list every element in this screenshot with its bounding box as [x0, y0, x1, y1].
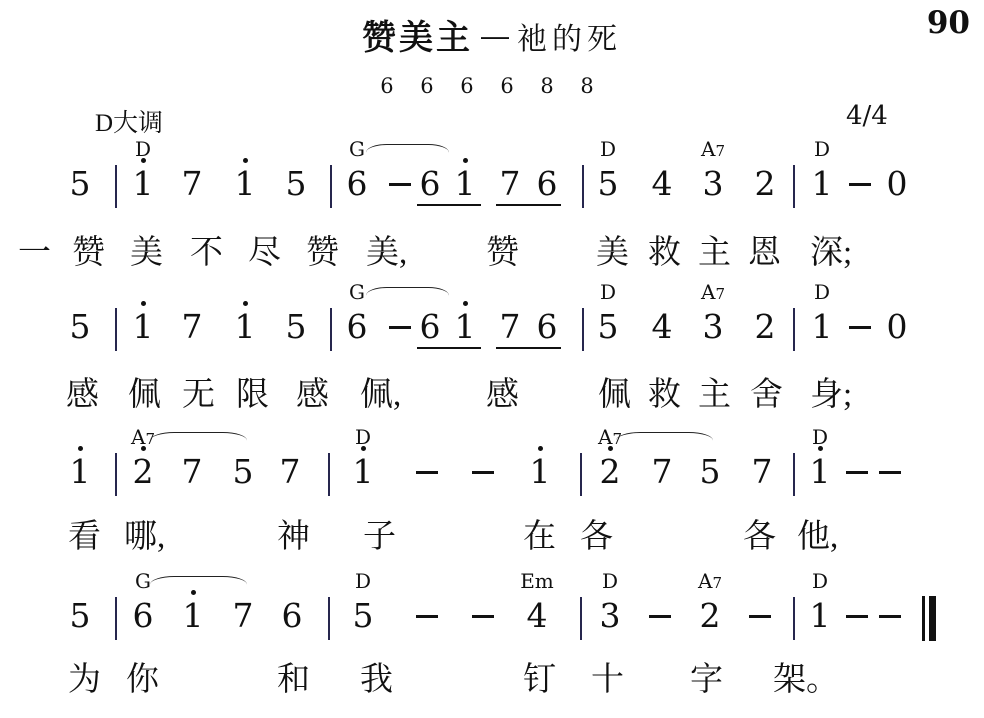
octave-dot — [243, 301, 248, 306]
lyric-char: 赞 — [306, 226, 339, 273]
duration-dash — [472, 471, 494, 474]
note: 1 — [183, 599, 204, 632]
lyric-char: 尽 — [248, 226, 281, 273]
octave-dot — [463, 301, 468, 306]
lyric-char: 佩 — [128, 368, 161, 415]
lyric-char: 神 — [277, 510, 310, 557]
octave-dot — [78, 446, 83, 451]
note: 7 — [500, 310, 521, 343]
lyric-char: 美 — [596, 226, 629, 273]
note: 6 — [420, 167, 441, 200]
note: 4 — [652, 167, 673, 200]
barline — [793, 597, 795, 640]
rest-note: 0 — [887, 167, 908, 200]
slur — [616, 432, 713, 449]
lyric-char: 在 — [523, 510, 556, 557]
lyric-char: 深; — [810, 226, 852, 273]
chord-label: D — [602, 571, 618, 591]
duration-dash — [389, 183, 411, 186]
duration-dash — [879, 471, 901, 474]
barline — [330, 165, 332, 208]
lyric-line: 看哪,神子在各各他, — [0, 510, 984, 556]
eighth-beam — [417, 204, 481, 206]
note: 1 — [235, 310, 256, 343]
note: 6 — [420, 310, 441, 343]
hymn-title-main: 赞美主 — [362, 19, 473, 57]
lyric-char: 看 — [68, 510, 101, 557]
note: 6 — [282, 599, 303, 632]
note: 7 — [182, 455, 203, 488]
lyric-char: 我 — [360, 653, 393, 700]
chord-label: D — [355, 427, 371, 447]
barline — [115, 165, 117, 208]
note: 7 — [233, 599, 254, 632]
lyric-char: 各 — [580, 510, 613, 557]
music-line: 56G1765D4Em3D2A71D — [0, 572, 984, 652]
note: 2A7 — [600, 455, 621, 488]
barline — [328, 453, 330, 496]
note: 5 — [70, 310, 91, 343]
note: 5 — [233, 455, 254, 488]
time-signature: 4/4 — [846, 101, 888, 131]
eighth-beam — [496, 347, 561, 349]
note: 5 — [70, 599, 91, 632]
barline — [580, 453, 582, 496]
slur — [150, 432, 247, 449]
chord-label: G — [349, 282, 365, 302]
lyric-line: 感佩无限感佩,感佩救主舍身; — [0, 368, 984, 414]
barline — [115, 597, 117, 640]
octave-dot — [243, 158, 248, 163]
lyric-char: 佩, — [360, 368, 401, 415]
lyric-char: 一 — [18, 226, 51, 273]
lyric-char: 感 — [486, 368, 519, 415]
lyric-char: 主 — [698, 368, 731, 415]
note: 3A7 — [703, 310, 724, 343]
lyric-char: 子 — [363, 510, 396, 557]
final-barline-thick — [929, 596, 936, 641]
note: 5D — [598, 167, 619, 200]
barline — [330, 308, 332, 351]
note: 1 — [133, 310, 154, 343]
note: 6 — [537, 167, 558, 200]
chord-label: G — [135, 571, 151, 591]
chord-label: A7 — [701, 282, 725, 302]
note: 1 — [530, 455, 551, 488]
lyric-char: 无 — [182, 368, 215, 415]
note: 7 — [182, 167, 203, 200]
barline — [582, 308, 584, 351]
note: 7 — [182, 310, 203, 343]
lyric-char: 救 — [648, 226, 681, 273]
note: 3A7 — [703, 167, 724, 200]
lyric-char: 赞 — [486, 226, 519, 273]
note: 1D — [353, 455, 374, 488]
duration-dash — [472, 615, 494, 618]
note: 7 — [652, 455, 673, 488]
slur — [150, 576, 247, 593]
barline — [328, 597, 330, 640]
note: 6 — [537, 310, 558, 343]
lyric-char: 和 — [277, 653, 310, 700]
duration-dash — [849, 183, 871, 186]
note: 1D — [810, 599, 831, 632]
lyric-char: 不 — [190, 226, 223, 273]
chord-label: D — [814, 282, 830, 302]
lyric-char: 字 — [690, 653, 723, 700]
duration-dash — [879, 615, 901, 618]
note: 1D — [812, 310, 833, 343]
note: 5 — [700, 455, 721, 488]
lyric-char: 赞 — [72, 226, 105, 273]
note: 6G — [347, 310, 368, 343]
octave-dot — [538, 446, 543, 451]
duration-dash — [649, 615, 671, 618]
chord-label: A7 — [701, 139, 725, 159]
chord-label: A7 — [698, 571, 722, 591]
lyric-char: 限 — [236, 368, 269, 415]
lyric-char: 救 — [648, 368, 681, 415]
key-signature: D大调 — [95, 103, 163, 139]
lyric-char: 恩 — [748, 226, 781, 273]
lyric-char: 美, — [366, 226, 407, 273]
note: 5 — [286, 310, 307, 343]
eighth-beam — [496, 204, 561, 206]
barline — [793, 453, 795, 496]
note: 5D — [598, 310, 619, 343]
chord-label: G — [349, 139, 365, 159]
note: 5 — [70, 167, 91, 200]
octave-dot — [141, 301, 146, 306]
lyric-char: 钉 — [523, 653, 556, 700]
note: 4 — [652, 310, 673, 343]
chord-label: D — [600, 282, 616, 302]
note: 7 — [280, 455, 301, 488]
note: 7 — [752, 455, 773, 488]
note: 6G — [133, 599, 154, 632]
hymn-sheet-page: 90 赞美主—祂的死 6 6 6 6 8 8 D大调 4/4 51D7156G6… — [0, 0, 984, 718]
lyric-char: 他, — [797, 510, 838, 557]
rest-note: 0 — [887, 310, 908, 343]
note: 1D — [810, 455, 831, 488]
note: 6G — [347, 167, 368, 200]
lyric-char: 各 — [743, 510, 776, 557]
chord-number: 7 — [715, 142, 725, 160]
lyric-char: 感 — [66, 368, 99, 415]
chord-label: D — [355, 571, 371, 591]
final-barline-thin — [922, 596, 925, 641]
barline — [580, 597, 582, 640]
music-line: 12A77571D12A77571D — [0, 428, 984, 508]
duration-dash — [749, 615, 771, 618]
duration-dash — [416, 615, 438, 618]
lyric-char: 舍 — [750, 368, 783, 415]
note: 2A7 — [133, 455, 154, 488]
lyric-char: 身; — [810, 368, 852, 415]
note: 1 — [455, 167, 476, 200]
slur — [366, 287, 449, 304]
note: 2A7 — [700, 599, 721, 632]
eighth-beam — [417, 347, 481, 349]
hymn-title-dash: — — [481, 20, 509, 51]
lyric-line: 一赞美不尽赞美,赞美救主恩深; — [0, 226, 984, 272]
duration-dash — [416, 471, 438, 474]
note: 2 — [755, 167, 776, 200]
chord-label: D — [812, 427, 828, 447]
note: 1D — [812, 167, 833, 200]
chord-label: Em — [520, 571, 554, 591]
note: 1 — [70, 455, 91, 488]
lyric-char: 美 — [130, 226, 163, 273]
chord-number: 7 — [712, 574, 722, 592]
lyric-line: 为你和我钉十字架。 — [0, 653, 984, 699]
lyric-char: 为 — [68, 653, 101, 700]
music-line: 517156G61765D43A721D0 — [0, 283, 984, 363]
note: 4Em — [527, 599, 548, 632]
lyric-char: 主 — [698, 226, 731, 273]
chord-number: 7 — [715, 285, 725, 303]
barline — [115, 453, 117, 496]
chord-label: D — [812, 571, 828, 591]
lyric-char: 你 — [126, 653, 159, 700]
note: 5D — [353, 599, 374, 632]
note: 1D — [133, 167, 154, 200]
chord-label: D — [600, 139, 616, 159]
slur — [366, 144, 449, 161]
note: 5 — [286, 167, 307, 200]
lyric-char: 佩 — [598, 368, 631, 415]
duration-dash — [849, 326, 871, 329]
chord-label: D — [814, 139, 830, 159]
chord-label: D — [135, 139, 151, 159]
lyric-char: 感 — [296, 368, 329, 415]
hymn-title: 赞美主—祂的死 — [0, 10, 984, 59]
duration-dash — [846, 615, 868, 618]
note: 3D — [600, 599, 621, 632]
duration-dash — [846, 471, 868, 474]
lyric-char: 架。 — [773, 653, 839, 700]
note: 1 — [455, 310, 476, 343]
barline — [793, 308, 795, 351]
octave-dot — [463, 158, 468, 163]
barline — [582, 165, 584, 208]
lyric-char: 十 — [591, 653, 624, 700]
barline — [793, 165, 795, 208]
note: 7 — [500, 167, 521, 200]
note: 1 — [235, 167, 256, 200]
duration-dash — [389, 326, 411, 329]
lyric-char: 哪, — [124, 510, 165, 557]
hymn-meter-number: 6 6 6 6 8 8 — [0, 74, 984, 98]
barline — [115, 308, 117, 351]
note: 2 — [755, 310, 776, 343]
music-line: 51D7156G61765D43A721D0 — [0, 140, 984, 220]
hymn-title-subtitle: 祂的死 — [517, 23, 622, 56]
